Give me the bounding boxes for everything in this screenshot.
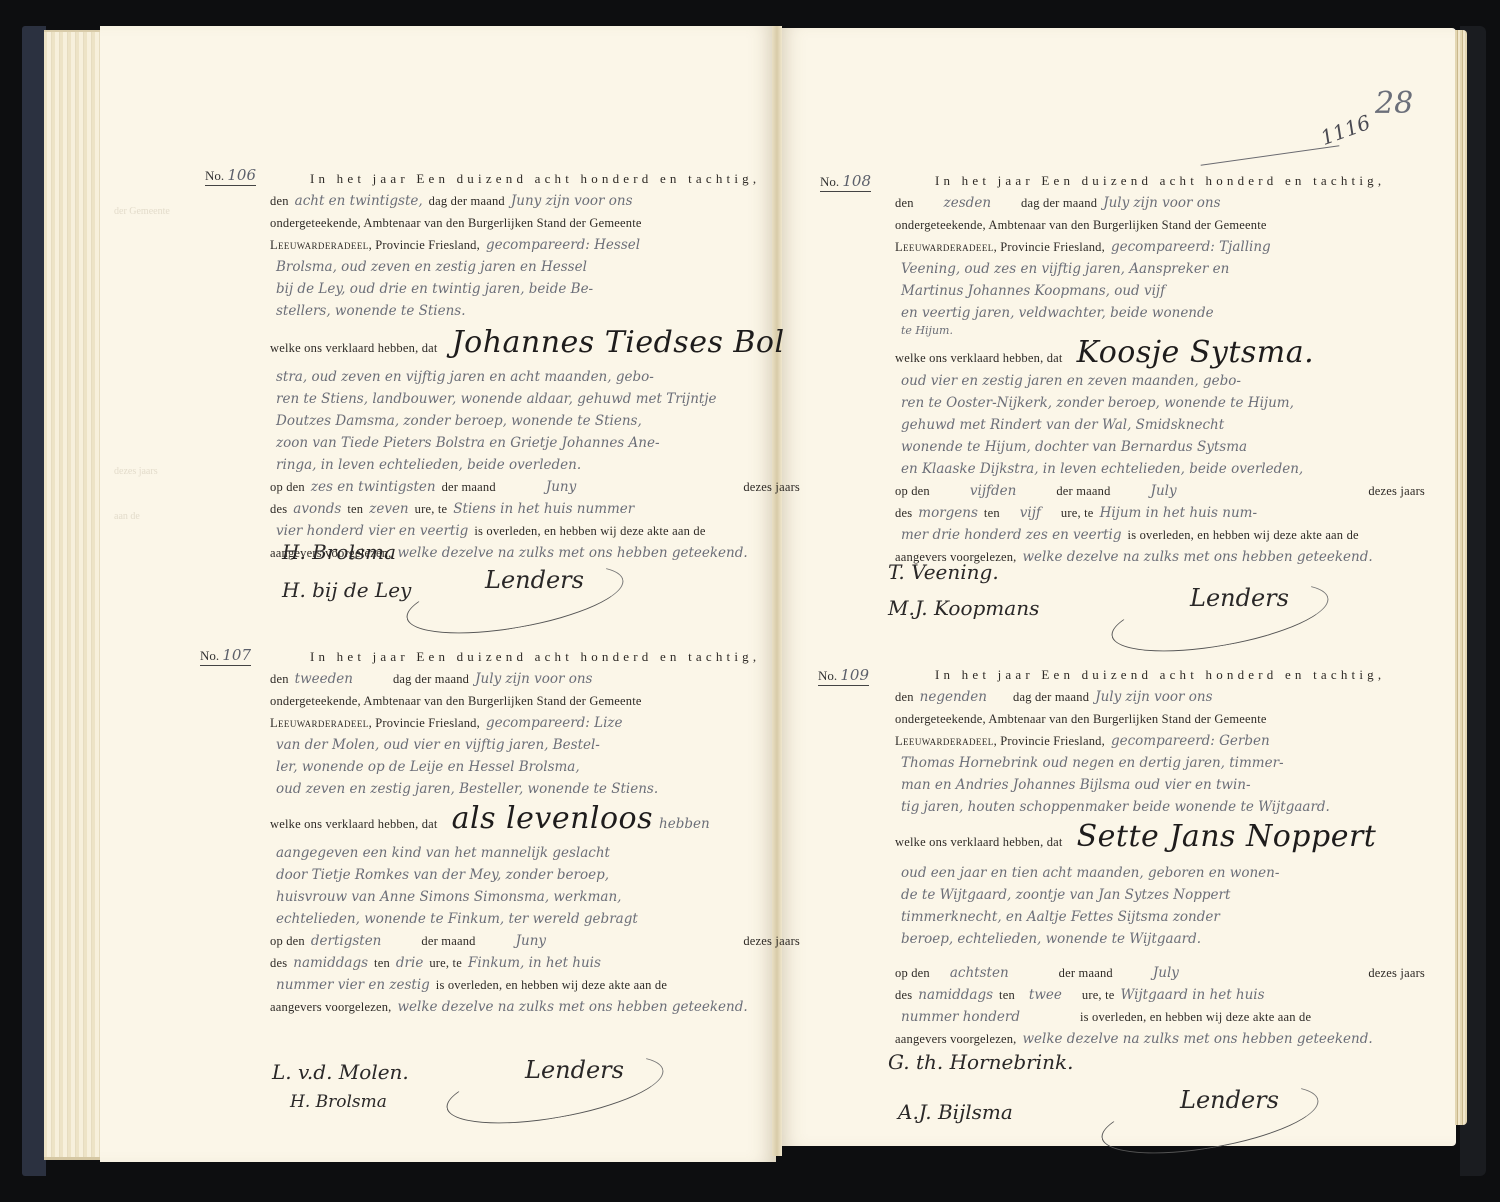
label-den: den — [270, 668, 289, 690]
province: , Provincie Friesland, — [369, 712, 480, 734]
deceased-name: als levenloos — [452, 804, 653, 834]
declarant-line: man en Andries Johannes Bijlsma oud vier… — [901, 774, 1251, 796]
label-dezes-jaars: dezes jaars — [1368, 480, 1425, 502]
death-place: Hijum in het huis num- — [1100, 502, 1419, 524]
label-ure-te: ure, te — [1082, 984, 1115, 1006]
bleed-through-text: der Gemeente — [114, 206, 170, 217]
comparant: gecompareerd: Lize — [486, 712, 794, 734]
label-dezes-jaars: dezes jaars — [743, 930, 800, 952]
body-line: ren te Ooster-Nijkerk, zonder beroep, wo… — [901, 392, 1294, 414]
declarant-line: stellers, wonende te Stiens. — [276, 300, 466, 322]
entry-number-106: No. 106 — [205, 166, 256, 186]
province: , Provincie Friesland, — [994, 236, 1105, 258]
closing-text: welke dezelve na zulks met ons hebben ge… — [1022, 546, 1419, 568]
death-day: dertigsten — [311, 930, 382, 952]
label-den: den — [270, 190, 289, 212]
death-place-cont: nummer vier en zestig — [276, 974, 430, 996]
death-record-109: In het jaar Een duizend acht honderd en … — [895, 664, 1425, 1050]
municipality: Leeuwarderadeel — [895, 730, 994, 752]
official-signature-text: Lenders — [485, 566, 584, 594]
label-ten: ten — [374, 952, 390, 974]
declarant-line: ler, wonende op de Leije en Hessel Brols… — [276, 756, 580, 778]
body-line: Doutzes Damsma, zonder beroep, wonende t… — [276, 410, 642, 432]
declarant-line: tig jaren, houten schoppenmaker beide wo… — [901, 796, 1330, 818]
record-month: July zijn voor ons — [1103, 192, 1419, 214]
entry-no-label: No. — [820, 174, 839, 189]
official-signature: Lenders — [445, 1050, 665, 1120]
body-line: beroep, echtelieden, wonende te Wijtgaar… — [901, 928, 1201, 950]
body-line: en Klaaske Dijkstra, in leven echteliede… — [901, 458, 1303, 480]
body-line: ringa, in leven echtelieden, beide overl… — [276, 454, 581, 476]
record-month: July zijn voor ons — [1095, 686, 1419, 708]
label-official: ondergeteekende, Ambtenaar van den Burge… — [895, 708, 1267, 730]
comparant: gecompareerd: Hessel — [486, 234, 794, 256]
page-stack-right — [1455, 30, 1467, 1125]
death-record-107: In het jaar Een duizend acht honderd en … — [270, 646, 800, 1018]
label-der-maand: der maand — [1059, 962, 1113, 984]
label-der-maand: der maand — [421, 930, 475, 952]
label-ure-te: ure, te — [415, 498, 448, 520]
label-des: des — [895, 984, 912, 1006]
signature-declarant: H. Brolsma — [282, 540, 396, 564]
label-welke: welke ons verklaard hebben, dat — [270, 813, 438, 835]
death-record-108: In het jaar Een duizend acht honderd en … — [895, 170, 1425, 568]
body-line: aangegeven een kind van het mannelijk ge… — [276, 842, 610, 864]
entry-number-value: 108 — [842, 172, 871, 190]
label-dag-der-maand: dag der maand — [393, 668, 469, 690]
label-dag-der-maand: dag der maand — [1021, 192, 1097, 214]
label-overleden: is overleden, en hebben wij deze akte aa… — [1128, 524, 1359, 546]
label-op-den: op den — [270, 476, 305, 498]
label-ure-te: ure, te — [429, 952, 462, 974]
body-line: huisvrouw van Anne Simons Simonsma, werk… — [276, 886, 621, 908]
time-of-day: morgens — [918, 502, 978, 524]
signature-declarant: T. Veening. — [888, 560, 999, 584]
time-of-day: namiddags — [918, 984, 993, 1006]
closing-text: welke dezelve na zulks met ons hebben ge… — [1022, 1028, 1419, 1050]
label-der-maand: der maand — [442, 476, 496, 498]
label-dag-der-maand: dag der maand — [1013, 686, 1089, 708]
label-dag-der-maand: dag der maand — [429, 190, 505, 212]
body-line: oud vier en zestig jaren en zeven maande… — [901, 370, 1241, 392]
death-place: Wijtgaard in het huis — [1121, 984, 1419, 1006]
record-year-line: In het jaar Een duizend acht honderd en … — [310, 168, 760, 190]
death-place-cont: nummer honderd — [901, 1006, 1020, 1028]
death-hour: drie — [396, 952, 423, 974]
declarant-line: Veening, oud zes en vijftig jaren, Aansp… — [901, 258, 1229, 280]
death-month: Juny — [546, 476, 576, 498]
label-ten: ten — [999, 984, 1015, 1006]
death-record-106: In het jaar Een duizend acht honderd en … — [270, 168, 800, 564]
municipality: Leeuwarderadeel — [895, 236, 994, 258]
label-des: des — [270, 498, 287, 520]
death-month: Juny — [516, 930, 546, 952]
closing-text: welke dezelve na zulks met ons hebben ge… — [397, 996, 794, 1018]
death-place: Finkum, in het huis — [468, 952, 794, 974]
entry-no-label: No. — [200, 648, 219, 663]
comparant: gecompareerd: Tjalling — [1111, 236, 1419, 258]
signature-declarant: L. v.d. Molen. — [272, 1060, 409, 1084]
official-signature-text: Lenders — [1180, 1086, 1279, 1114]
province: , Provincie Friesland, — [994, 730, 1105, 752]
label-der-maand: der maand — [1056, 480, 1110, 502]
official-signature-text: Lenders — [525, 1056, 624, 1084]
signature-declarant: H. Brolsma — [290, 1092, 387, 1112]
label-ten: ten — [347, 498, 363, 520]
death-day: achtsten — [950, 962, 1009, 984]
death-month: July — [1153, 962, 1179, 984]
record-day: tweeden — [295, 668, 353, 690]
label-aangevers: aangevers voorgelezen, — [895, 1028, 1016, 1050]
label-op-den: op den — [895, 962, 930, 984]
label-op-den: op den — [270, 930, 305, 952]
label-den: den — [895, 686, 914, 708]
body-line: echtelieden, wonende te Finkum, ter were… — [276, 908, 638, 930]
declarant-line: en veertig jaren, veldwachter, beide won… — [901, 302, 1214, 324]
after-name: hebben — [659, 813, 710, 835]
bleed-through-text: aan de — [114, 511, 140, 522]
body-line: ren te Stiens, landbouwer, wonende aldaa… — [276, 388, 717, 410]
record-month: July zijn voor ons — [475, 668, 794, 690]
label-dezes-jaars: dezes jaars — [743, 476, 800, 498]
declarant-line: bij de Ley, oud drie en twintig jaren, b… — [276, 278, 593, 300]
official-signature: Lenders — [405, 560, 625, 630]
official-signature: Lenders — [1110, 578, 1330, 648]
record-month: Juny zijn voor ons — [511, 190, 794, 212]
death-place: Stiens in het huis nummer — [453, 498, 794, 520]
entry-number-value: 106 — [227, 166, 256, 184]
label-op-den: op den — [895, 480, 930, 502]
page-stack-left — [44, 30, 104, 1160]
municipality: Leeuwarderadeel — [270, 712, 369, 734]
body-line: gehuwd met Rindert van der Wal, Smidskne… — [901, 414, 1224, 436]
comparant: gecompareerd: Gerben — [1111, 730, 1419, 752]
declarant-line: Thomas Hornebrink oud negen en dertig ja… — [901, 752, 1284, 774]
declarant-line: te Hijum. — [901, 324, 953, 338]
entry-number-value: 107 — [222, 646, 251, 664]
label-dezes-jaars: dezes jaars — [1368, 962, 1425, 984]
body-line: zoon van Tiede Pieters Bolstra en Grietj… — [276, 432, 660, 454]
body-line: stra, oud zeven en vijftig jaren en acht… — [276, 366, 654, 388]
death-place-cont: vier honderd vier en veertig — [276, 520, 468, 542]
body-line: oud een jaar en tien acht maanden, gebor… — [901, 862, 1279, 884]
signature-declarant: M.J. Koopmans — [888, 596, 1039, 620]
label-welke: welke ons verklaard hebben, dat — [270, 337, 438, 359]
official-signature: Lenders — [1100, 1080, 1320, 1150]
entry-number-109: No. 109 — [818, 666, 869, 686]
declarant-line: oud zeven en zestig jaren, Besteller, wo… — [276, 778, 658, 800]
declarant-line: van der Molen, oud vier en vijftig jaren… — [276, 734, 600, 756]
label-ten: ten — [984, 502, 1000, 524]
signature-declarant: A.J. Bijlsma — [898, 1100, 1013, 1124]
entry-number-107: No. 107 — [200, 646, 251, 666]
entry-no-label: No. — [205, 168, 224, 183]
entry-no-label: No. — [818, 668, 837, 683]
death-day: vijfden — [970, 480, 1016, 502]
label-official: ondergeteekende, Ambtenaar van den Burge… — [270, 690, 642, 712]
body-line: timmerknecht, en Aaltje Fettes Sijtsma z… — [901, 906, 1220, 928]
label-des: des — [895, 502, 912, 524]
deceased-name: Koosje Sytsma. — [1077, 338, 1315, 368]
label-official: ondergeteekende, Ambtenaar van den Burge… — [270, 212, 642, 234]
death-place-cont: mer drie honderd zes en veertig — [901, 524, 1122, 546]
record-day: acht en twintigste, — [295, 190, 423, 212]
record-year-line: In het jaar Een duizend acht honderd en … — [935, 664, 1385, 686]
label-des: des — [270, 952, 287, 974]
municipality: Leeuwarderadeel — [270, 234, 369, 256]
death-hour: twee — [1029, 984, 1062, 1006]
province: , Provincie Friesland, — [369, 234, 480, 256]
record-day: zesden — [944, 192, 991, 214]
label-overleden: is overleden, en hebben wij deze akte aa… — [474, 520, 705, 542]
death-hour: vijf — [1020, 502, 1041, 524]
label-ure-te: ure, te — [1061, 502, 1094, 524]
signature-declarant: H. bij de Ley — [282, 578, 411, 602]
body-line: de te Wijtgaard, zoontje van Jan Sytzes … — [901, 884, 1230, 906]
label-welke: welke ons verklaard hebben, dat — [895, 347, 1063, 369]
label-overleden: is overleden, en hebben wij deze akte aa… — [1080, 1006, 1311, 1028]
deceased-name: Sette Jans Noppert — [1077, 822, 1377, 852]
body-line: door Tietje Romkes van der Mey, zonder b… — [276, 864, 609, 886]
record-year-line: In het jaar Een duizend acht honderd en … — [935, 170, 1385, 192]
declarant-line: Martinus Johannes Koopmans, oud vijf — [901, 280, 1165, 302]
label-aangevers: aangevers voorgelezen, — [270, 996, 391, 1018]
bleed-through-text: dezes jaars — [114, 466, 158, 477]
record-day: negenden — [920, 686, 987, 708]
label-overleden: is overleden, en hebben wij deze akte aa… — [436, 974, 667, 996]
official-signature-text: Lenders — [1190, 584, 1289, 612]
death-hour: zeven — [369, 498, 408, 520]
entry-number-108: No. 108 — [820, 172, 871, 192]
deceased-name: Johannes Tiedses Bol — [452, 328, 785, 358]
record-year-line: In het jaar Een duizend acht honderd en … — [310, 646, 760, 668]
time-of-day: namiddags — [293, 952, 368, 974]
death-day: zes en twintigsten — [311, 476, 436, 498]
page-number: 28 — [1375, 86, 1413, 121]
entry-number-value: 109 — [840, 666, 869, 684]
declarant-line: Brolsma, oud zeven en zestig jaren en He… — [276, 256, 587, 278]
label-welke: welke ons verklaard hebben, dat — [895, 831, 1063, 853]
book-cover-spine — [22, 26, 46, 1176]
body-line: wonende te Hijum, dochter van Bernardus … — [901, 436, 1247, 458]
death-month: July — [1151, 480, 1177, 502]
time-of-day: avonds — [293, 498, 341, 520]
signature-declarant: G. th. Hornebrink. — [888, 1050, 1074, 1074]
label-den: den — [895, 192, 914, 214]
label-official: ondergeteekende, Ambtenaar van den Burge… — [895, 214, 1267, 236]
